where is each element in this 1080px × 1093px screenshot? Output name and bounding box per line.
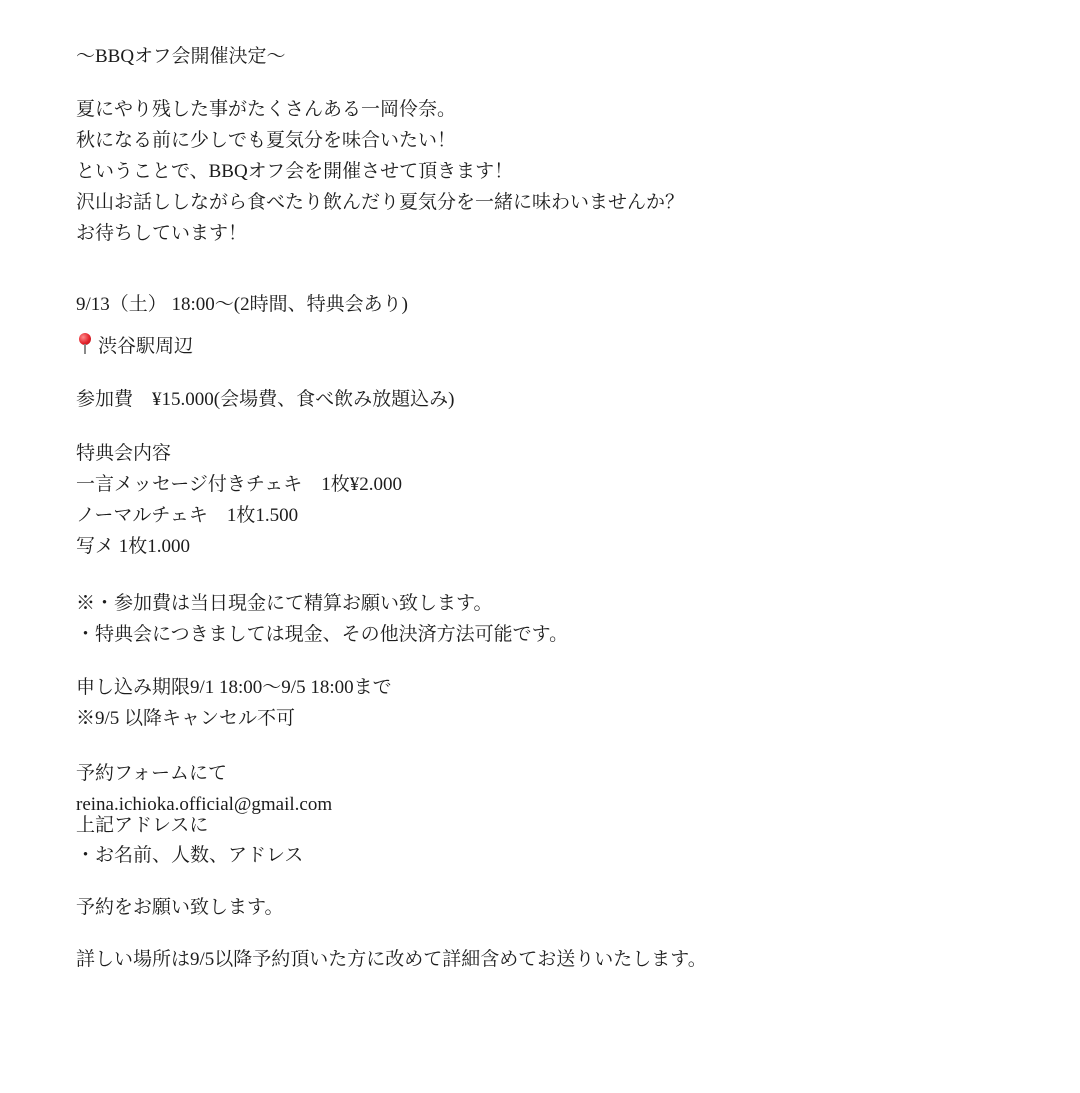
announcement-title: 〜BBQオフ会開催決定〜 [76,47,286,66]
intro-line: お待ちしています！ [76,224,247,243]
perk-item: 一言メッセージ付きチェキ 1枚¥2.000 [76,475,402,494]
intro-line: 沢山お話ししながら食べたり飲んだり夏気分を一緒に味わいませんか？ [76,193,684,212]
to-address-line: 上記アドレスに [76,816,208,835]
intro-line: ということで、BBQオフ会を開催させて頂きます！ [76,162,513,181]
location-text: 渋谷駅周辺 [98,336,193,357]
perk-item: ノーマルチェキ 1枚1.500 [76,506,298,525]
deadline-period: 申し込み期限9/1 18:00〜9/5 18:00まで [76,678,392,697]
perk-item: 写メ 1枚1.000 [76,537,190,556]
cancel-note: ※9/5 以降キャンセル不可 [76,709,295,728]
event-fee: 参加費 ¥15.000(会場費、食べ飲み放題込み) [76,390,454,409]
details-note: 詳しい場所は9/5以降予約頂いた方に改めて詳細含めてお送りいたします。 [76,950,707,969]
perks-heading: 特典会内容 [76,444,171,463]
reservation-request: 予約をお願い致します。 [76,898,283,917]
map-pin-icon [76,333,96,355]
event-datetime: 9/13（土） 18:00〜(2時間、特典会あり) [76,295,408,314]
note-line: ※・参加費は当日現金にて精算お願い致します。 [76,594,492,613]
event-location: 渋谷駅周辺 [76,333,193,356]
required-fields: ・お名前、人数、アドレス [76,846,303,865]
intro-line: 夏にやり残した事がたくさんある一岡伶奈。 [76,100,456,119]
note-line: ・特典会につきましては現金、その他決済方法可能です。 [76,625,568,644]
form-label: 予約フォームにて [76,764,227,783]
intro-line: 秋になる前に少しでも夏気分を味合いたい！ [76,131,456,150]
email-address[interactable]: reina.ichioka.official@gmail.com [76,795,332,814]
